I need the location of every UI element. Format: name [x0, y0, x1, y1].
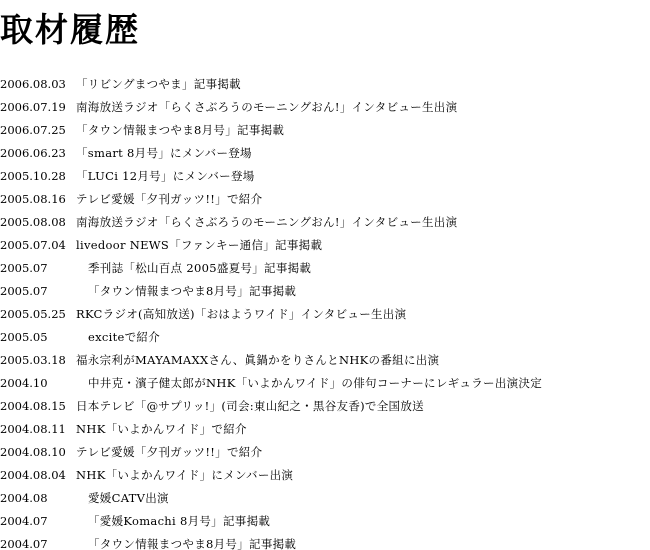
- history-text: NHK「いよかんワイド」にメンバー出演: [76, 464, 293, 487]
- history-text: 「リビングまつやま」記事掲載: [76, 73, 241, 96]
- history-date: 2006.07.25: [0, 119, 76, 142]
- history-row: 2005.07「タウン情報まつやま8月号」記事掲載: [0, 280, 542, 303]
- history-text: 「LUCi 12月号」にメンバー登場: [76, 165, 255, 188]
- history-text: 「タウン情報まつやま8月号」記事掲載: [76, 533, 296, 550]
- history-date: 2004.08.11: [0, 418, 76, 441]
- history-text: テレビ愛媛「夕刊ガッツ!!」で紹介: [76, 441, 262, 464]
- history-row: 2005.03.18福永宗利がMAYAMAXXさん、眞鍋かをりさんとNHKの番組…: [0, 349, 542, 372]
- history-row: 2004.07「タウン情報まつやま8月号」記事掲載: [0, 533, 542, 550]
- history-text: exciteで紹介: [76, 326, 160, 349]
- history-text: 南海放送ラジオ「らくさぶろうのモーニングおん!」インタビュー生出演: [76, 211, 457, 234]
- history-row: 2005.08.16テレビ愛媛「夕刊ガッツ!!」で紹介: [0, 188, 542, 211]
- history-row: 2004.08.04NHK「いよかんワイド」にメンバー出演: [0, 464, 542, 487]
- history-row: 2004.10中井克・濱子健太郎がNHK「いよかんワイド」の俳句コーナーにレギュ…: [0, 372, 542, 395]
- history-date: 2005.08.08: [0, 211, 76, 234]
- history-text: テレビ愛媛「夕刊ガッツ!!」で紹介: [76, 188, 262, 211]
- history-date: 2005.07.04: [0, 234, 76, 257]
- history-text: 季刊誌「松山百点 2005盛夏号」記事掲載: [76, 257, 311, 280]
- history-row: 2005.10.28「LUCi 12月号」にメンバー登場: [0, 165, 542, 188]
- history-date: 2004.10: [0, 372, 76, 395]
- history-row: 2005.07.04livedoor NEWS「ファンキー通信」記事掲載: [0, 234, 542, 257]
- history-date: 2005.07: [0, 257, 76, 280]
- history-row: 2005.07季刊誌「松山百点 2005盛夏号」記事掲載: [0, 257, 542, 280]
- history-date: 2006.08.03: [0, 73, 76, 96]
- history-date: 2004.08.10: [0, 441, 76, 464]
- history-date: 2005.05.25: [0, 303, 76, 326]
- history-text: 日本テレビ「@サプリッ!」(司会:東山紀之・黒谷友香)で全国放送: [76, 395, 424, 418]
- history-text: 南海放送ラジオ「らくさぶろうのモーニングおん!」インタビュー生出演: [76, 96, 457, 119]
- history-date: 2004.07: [0, 533, 76, 550]
- history-date: 2004.07: [0, 510, 76, 533]
- history-date: 2004.08.04: [0, 464, 76, 487]
- history-row: 2004.08.11NHK「いよかんワイド」で紹介: [0, 418, 542, 441]
- history-text: livedoor NEWS「ファンキー通信」記事掲載: [76, 234, 322, 257]
- history-row: 2004.08.10テレビ愛媛「夕刊ガッツ!!」で紹介: [0, 441, 542, 464]
- history-text: 中井克・濱子健太郎がNHK「いよかんワイド」の俳句コーナーにレギュラー出演決定: [76, 372, 542, 395]
- history-date: 2004.08: [0, 487, 76, 510]
- history-row: 2004.08愛媛CATV出演: [0, 487, 542, 510]
- history-text: 「smart 8月号」にメンバー登場: [76, 142, 252, 165]
- history-text: RKCラジオ(高知放送)「おはようワイド」インタビュー生出演: [76, 303, 406, 326]
- history-date: 2005.07: [0, 280, 76, 303]
- history-row: 2006.06.23「smart 8月号」にメンバー登場: [0, 142, 542, 165]
- history-row: 2005.05.25RKCラジオ(高知放送)「おはようワイド」インタビュー生出演: [0, 303, 542, 326]
- history-row: 2006.07.25「タウン情報まつやま8月号」記事掲載: [0, 119, 542, 142]
- history-date: 2005.08.16: [0, 188, 76, 211]
- history-date: 2006.06.23: [0, 142, 76, 165]
- history-text: 「愛媛Komachi 8月号」記事掲載: [76, 510, 270, 533]
- history-date: 2005.10.28: [0, 165, 76, 188]
- history-text: NHK「いよかんワイド」で紹介: [76, 418, 247, 441]
- history-date: 2005.05: [0, 326, 76, 349]
- history-text: 愛媛CATV出演: [76, 487, 169, 510]
- history-text: 「タウン情報まつやま8月号」記事掲載: [76, 119, 284, 142]
- history-date: 2006.07.19: [0, 96, 76, 119]
- history-row: 2006.07.19南海放送ラジオ「らくさぶろうのモーニングおん!」インタビュー…: [0, 96, 542, 119]
- history-text: 「タウン情報まつやま8月号」記事掲載: [76, 280, 296, 303]
- page-title: 取材履歴: [0, 10, 140, 50]
- media-history-list: 2006.08.03「リビングまつやま」記事掲載 2006.07.19南海放送ラ…: [0, 73, 542, 550]
- history-date: 2004.08.15: [0, 395, 76, 418]
- history-row: 2004.08.15日本テレビ「@サプリッ!」(司会:東山紀之・黒谷友香)で全国…: [0, 395, 542, 418]
- history-row: 2006.08.03「リビングまつやま」記事掲載: [0, 73, 542, 96]
- history-date: 2005.03.18: [0, 349, 76, 372]
- history-row: 2005.08.08南海放送ラジオ「らくさぶろうのモーニングおん!」インタビュー…: [0, 211, 542, 234]
- history-row: 2004.07「愛媛Komachi 8月号」記事掲載: [0, 510, 542, 533]
- history-row: 2005.05exciteで紹介: [0, 326, 542, 349]
- history-text: 福永宗利がMAYAMAXXさん、眞鍋かをりさんとNHKの番組に出演: [76, 349, 439, 372]
